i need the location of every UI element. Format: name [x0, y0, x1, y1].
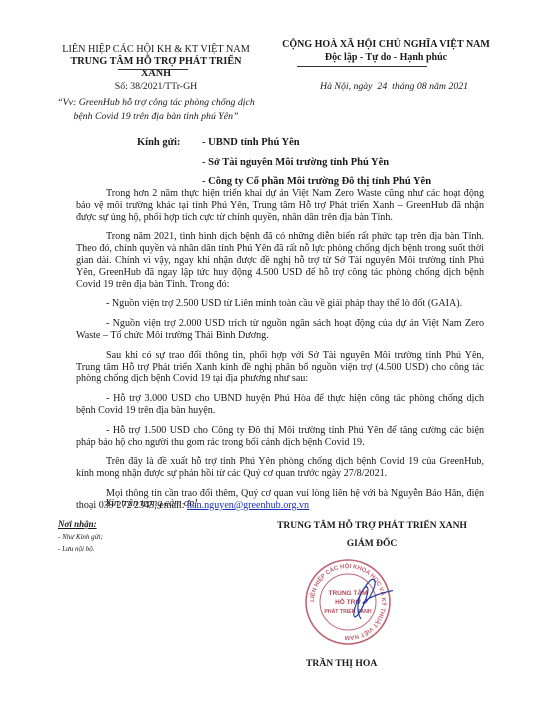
subject-line: bệnh Covid 19 trên địa bàn tỉnh phú Yên” — [56, 110, 256, 124]
document-number: Số: 38/2021/TTr-GH — [56, 81, 256, 92]
issuer-org-name: TRUNG TÂM HỖ TRỢ PHÁT TRIỂN XANH — [56, 56, 256, 80]
subject-line: “Vv: GreenHub hỗ trợ công tác phòng chốn… — [56, 96, 256, 110]
issuer-underline — [118, 69, 188, 70]
document-subject: “Vv: GreenHub hỗ trợ công tác phòng chốn… — [56, 96, 256, 124]
national-header: CỘNG HOÀ XÃ HỘI CHỦ NGHĨA VIỆT NAM Độc l… — [276, 38, 496, 64]
signer-name: TRẦN THỊ HOA — [306, 658, 377, 669]
recipients-label: Kính gửi: — [137, 137, 180, 148]
issuer-block: LIÊN HIỆP CÁC HỘI KH & KT VIỆT NAM TRUNG… — [56, 44, 256, 80]
signer-title: GIÁM ĐỐC — [262, 539, 482, 549]
paragraph: - Nguồn viện trợ 2.000 USD trích từ nguồ… — [76, 318, 484, 342]
paragraph: - Nguồn viện trợ 2.500 USD từ Liên minh … — [76, 298, 484, 310]
motto-underline — [297, 66, 427, 67]
paragraph: Trên đây là đề xuất hỗ trợ tỉnh Phú Yên … — [76, 456, 484, 480]
svg-text:PHÁT TRIỂN XANH: PHÁT TRIỂN XANH — [324, 608, 372, 615]
distribution-item: - Lưu nội bộ. — [58, 545, 95, 553]
recipient-item: - Công ty Cổ phần Môi trường Đô thị tỉnh… — [202, 176, 431, 187]
paragraph: Trong năm 2021, tình hình dịch bệnh đã c… — [76, 231, 484, 290]
national-motto: Độc lập - Tự do - Hạnh phúc — [276, 51, 496, 64]
recipient-item: - Sở Tài nguyên Môi trường tỉnh Phú Yên — [202, 157, 389, 168]
nation-title: CỘNG HOÀ XÃ HỘI CHỦ NGHĨA VIỆT NAM — [276, 38, 496, 51]
email-link[interactable]: han.nguyen@greenhub.org.vn — [187, 500, 309, 511]
signer-org: TRUNG TÂM HỖ TRỢ PHÁT TRIỂN XANH — [262, 521, 482, 531]
paragraph: Trong hơn 2 năm thực hiện triển khai dự … — [76, 188, 484, 223]
paragraph: Sau khi có sự trao đổi thông tin, phối h… — [76, 350, 484, 385]
closing-thanks: Xin trân trọng cảm ơn! — [105, 498, 198, 509]
letter-body: Trong hơn 2 năm thực hiện triển khai dự … — [76, 188, 484, 520]
place-date: Hà Nội, ngày 24 tháng 08 năm 2021 — [320, 81, 468, 92]
issuer-parent-org: LIÊN HIỆP CÁC HỘI KH & KT VIỆT NAM — [56, 44, 256, 56]
paragraph: - Hỗ trợ 3.000 USD cho UBND huyện Phú Hò… — [76, 393, 484, 417]
recipient-item: - UBND tỉnh Phú Yên — [202, 137, 300, 148]
distribution-item: - Như Kính gửi; — [58, 533, 103, 541]
official-stamp-icon: LIÊN HIỆP CÁC HỘI KHOA HỌC VÀ KỸ THUẬT V… — [303, 557, 393, 647]
distribution-label: Nơi nhận: — [58, 519, 97, 529]
paragraph: - Hỗ trợ 1.500 USD cho Công ty Đô thị Mô… — [76, 425, 484, 449]
